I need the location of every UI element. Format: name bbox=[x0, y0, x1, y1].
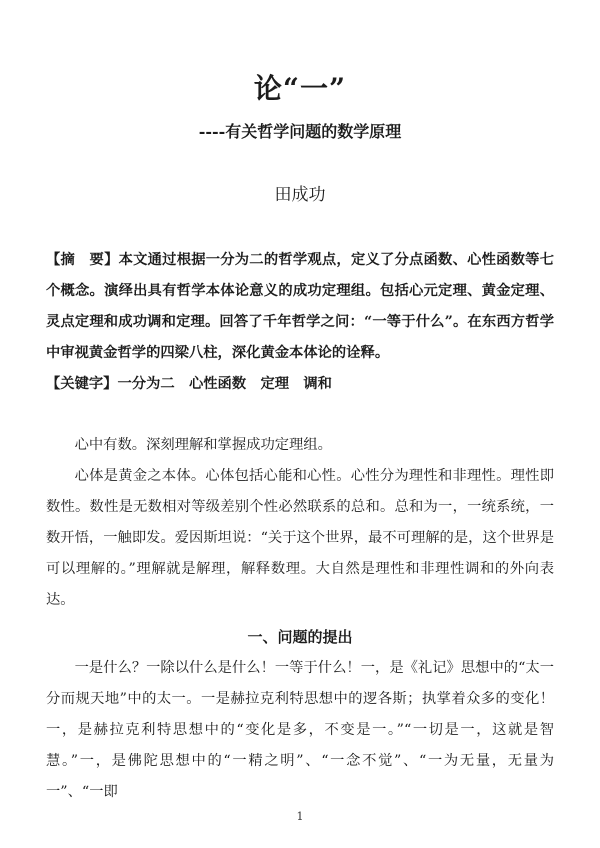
keywords-line: 【关键字】一分为二 心性函数 定理 调和 bbox=[46, 369, 554, 400]
keywords-text: 一分为二 心性函数 定理 调和 bbox=[117, 376, 331, 392]
body-paragraph-1: 心中有数。深刻理解和掌握成功定理组。 bbox=[46, 430, 554, 461]
body-paragraph-2: 心体是黄金之本体。心体包括心能和心性。心性分为理性和非理性。理性即数性。数性是无… bbox=[46, 461, 554, 616]
section-heading-1: 一、问题的提出 bbox=[46, 622, 554, 653]
page-title: 论“一” bbox=[46, 72, 554, 106]
section1-paragraph-1: 一是什么？一除以什么是什么！一等于什么！一，是《礼记》思想中的“太一分而规天地”… bbox=[46, 653, 554, 808]
page-number: 1 bbox=[46, 810, 554, 824]
page-subtitle: ----有关哲学问题的数学原理 bbox=[46, 121, 554, 143]
document-page: 论“一” ----有关哲学问题的数学原理 田成功 【摘 要】本文通过根据一分为二… bbox=[0, 0, 600, 848]
abstract-paragraph: 【摘 要】本文通过根据一分为二的哲学观点，定义了分点函数、心性函数等七个概念。演… bbox=[46, 245, 554, 369]
abstract-label: 【摘 要】 bbox=[46, 252, 119, 268]
author-name: 田成功 bbox=[46, 183, 554, 207]
keywords-label: 【关键字】 bbox=[46, 376, 117, 392]
abstract-text: 本文通过根据一分为二的哲学观点，定义了分点函数、心性函数等七个概念。演绎出具有哲… bbox=[46, 252, 554, 361]
